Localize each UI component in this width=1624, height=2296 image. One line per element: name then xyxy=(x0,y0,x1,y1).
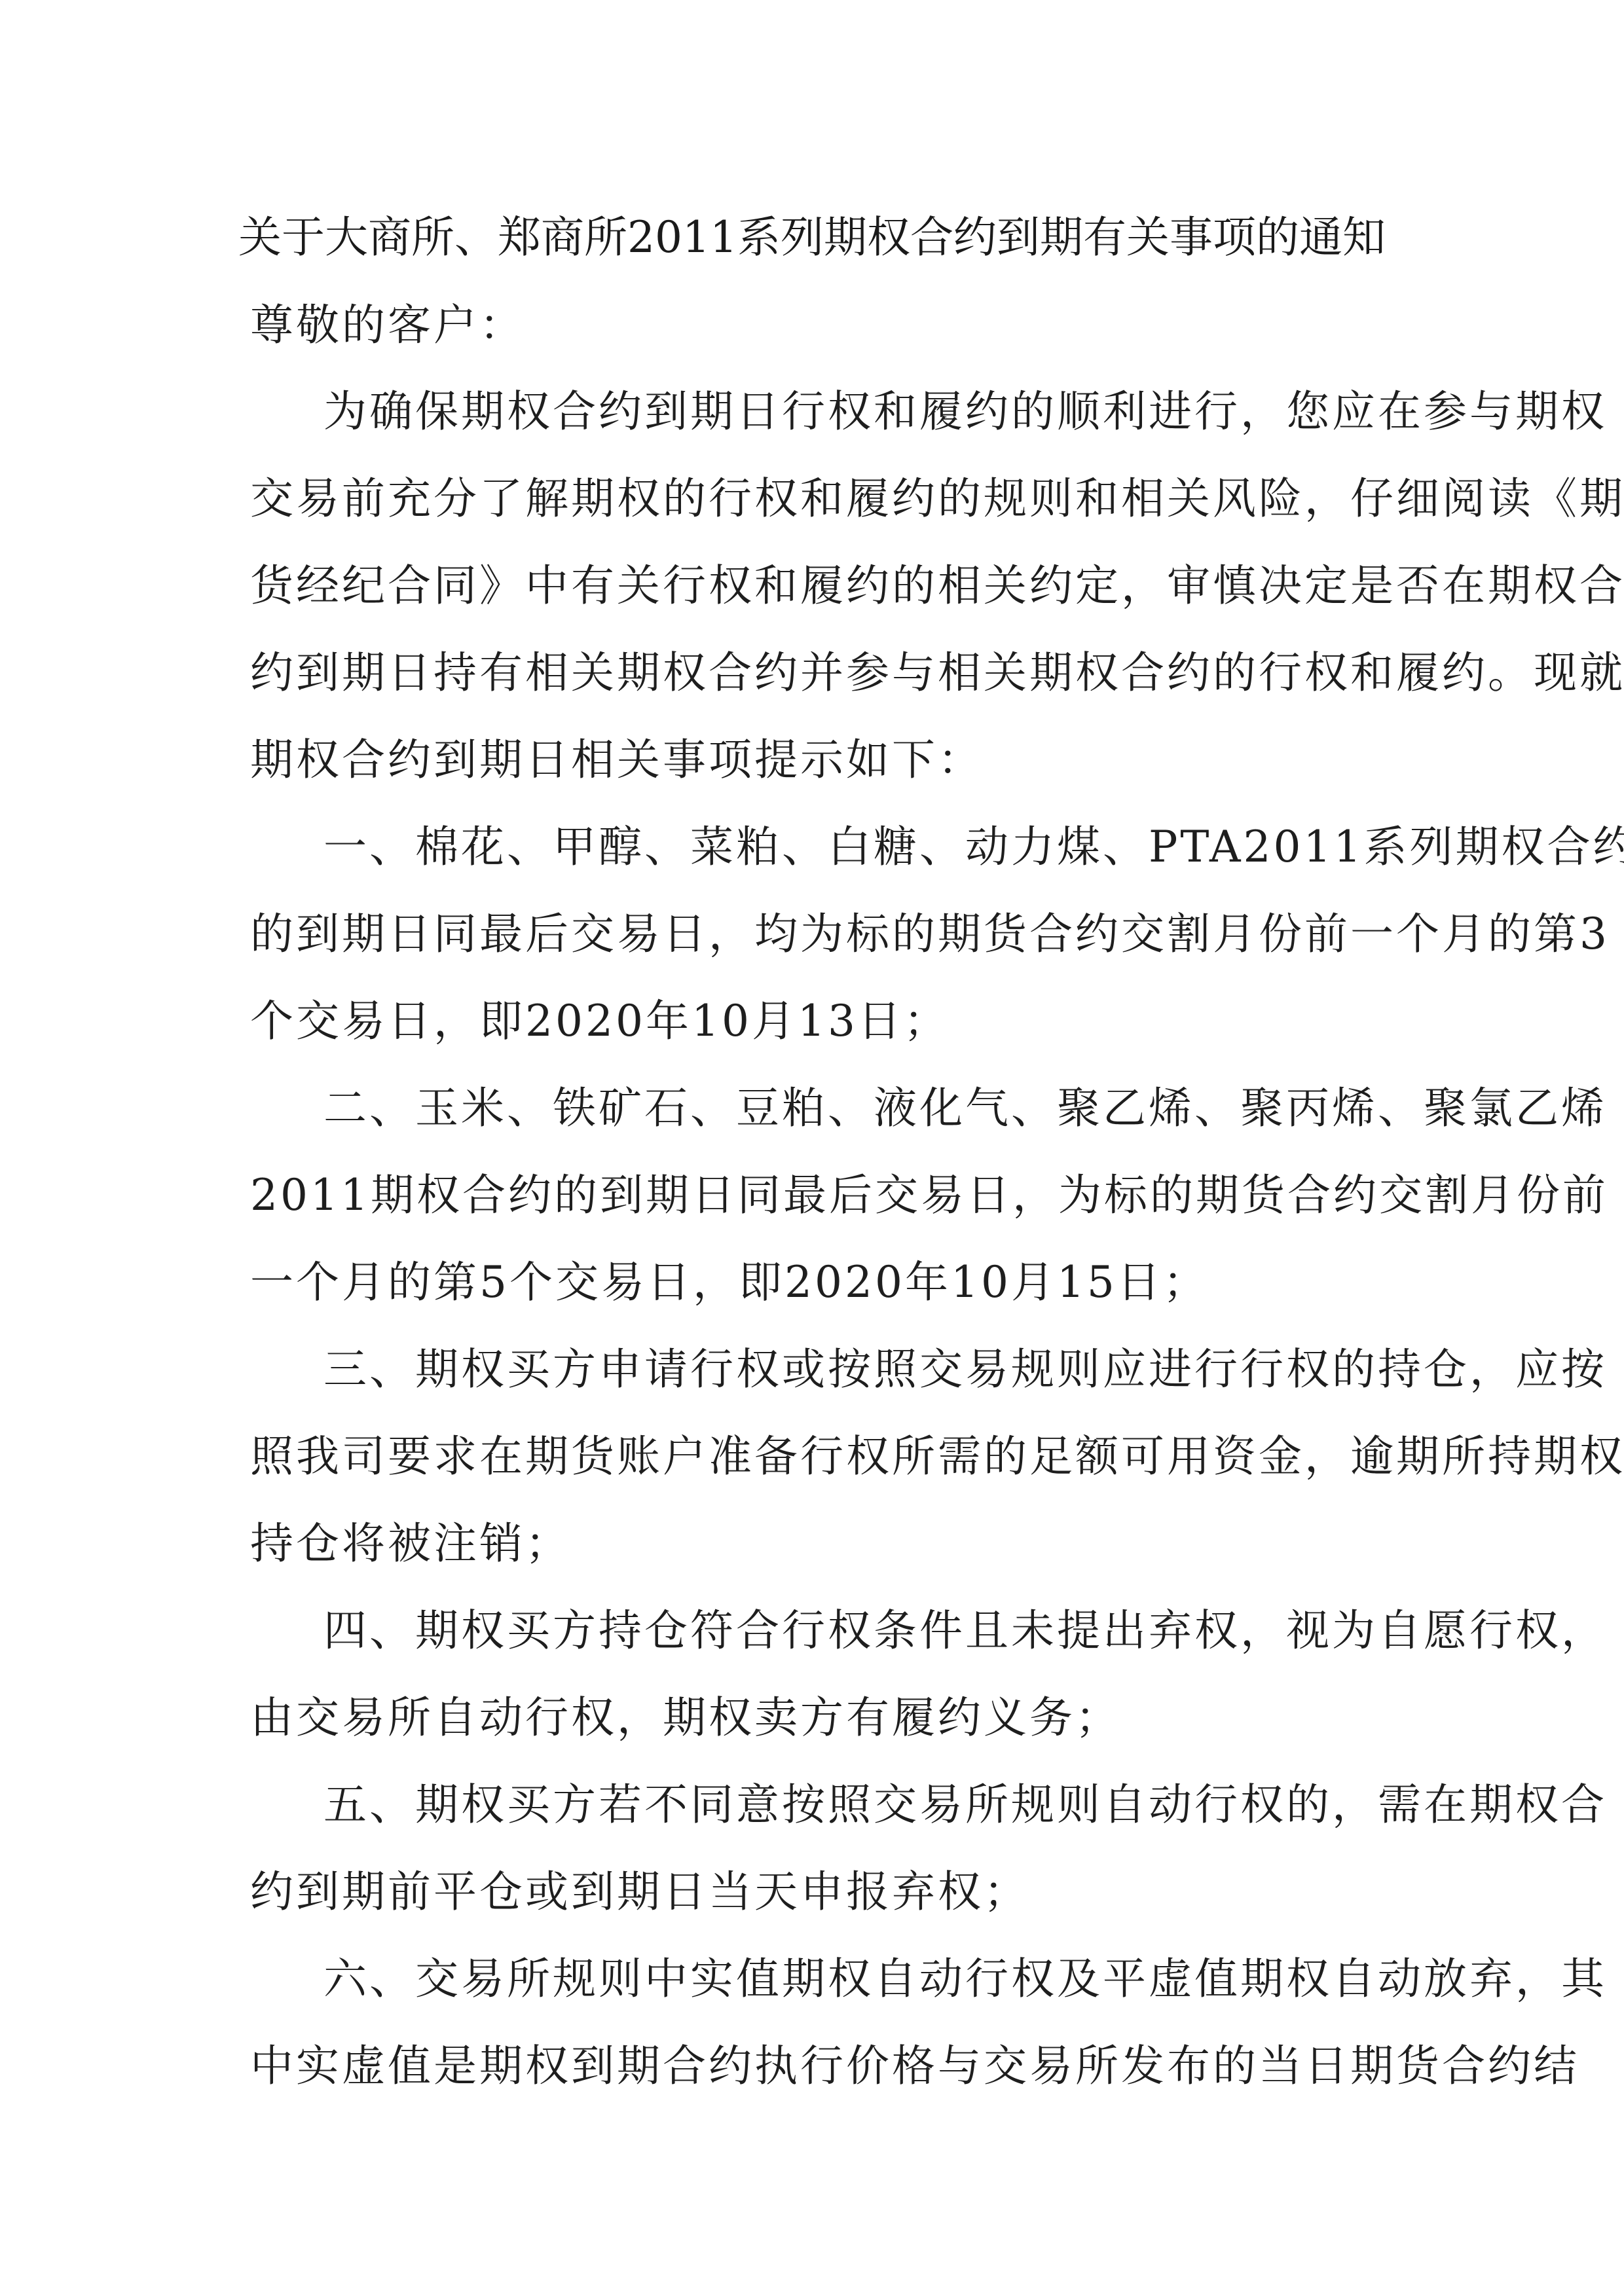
paragraph-line: 五、期权买方若不同意按照交易所规则自动行权的，需在期权合 xyxy=(323,1776,1390,1834)
paragraph-line: 一、棉花、甲醇、菜粕、白糖、动力煤、PTA2011系列期权合约 xyxy=(323,818,1390,877)
paragraph-line: 交易前充分了解期权的行权和履约的规则和相关风险，仔细阅读《期 xyxy=(250,469,1390,528)
paragraph-line: 中实虚值是期权到期合约执行价格与交易所发布的当日期货合约结 xyxy=(250,2037,1390,2096)
paragraph-line: 二、玉米、铁矿石、豆粕、液化气、聚乙烯、聚丙烯、聚氯乙烯 xyxy=(323,1079,1390,1138)
paragraph-line: 约到期日持有相关期权合约并参与相关期权合约的行权和履约。现就 xyxy=(250,644,1390,702)
paragraph-line: 一个月的第5个交易日，即2020年10月15日； xyxy=(250,1253,1390,1312)
paragraph-line: 期权合约到期日相关事项提示如下： xyxy=(250,731,1390,790)
paragraph-line: 约到期前平仓或到期日当天申报弃权； xyxy=(250,1863,1390,1922)
paragraph-line: 四、期权买方持仓符合行权条件且未提出弃权，视为自愿行权， xyxy=(323,1601,1390,1660)
document-page: 关于大商所、郑商所2011系列期权合约到期有关事项的通知 尊敬的客户： 为确保期… xyxy=(0,0,1624,2296)
paragraph-line: 货经纪合同》中有关行权和履约的相关约定，审慎决定是否在期权合 xyxy=(250,556,1390,615)
paragraph-line: 的到期日同最后交易日，均为标的期货合约交割月份前一个月的第3 xyxy=(250,905,1390,964)
document-title: 关于大商所、郑商所2011系列期权合约到期有关事项的通知 xyxy=(0,208,1624,267)
paragraph-line: 六、交易所规则中实值期权自动行权及平虚值期权自动放弃，其 xyxy=(323,1950,1390,2009)
paragraph-line: 为确保期权合约到期日行权和履约的顺利进行，您应在参与期权 xyxy=(323,382,1390,441)
paragraph-line: 照我司要求在期货账户准备行权所需的足额可用资金，逾期所持期权 xyxy=(250,1427,1390,1486)
paragraph-line: 持仓将被注销； xyxy=(250,1514,1390,1573)
paragraph-line: 由交易所自动行权，期权卖方有履约义务； xyxy=(250,1688,1390,1747)
paragraph-line: 个交易日，即2020年10月13日； xyxy=(250,992,1390,1051)
paragraph-line: 三、期权买方申请行权或按照交易规则应进行行权的持仓，应按 xyxy=(323,1340,1390,1399)
paragraph-line: 2011期权合约的到期日同最后交易日，为标的期货合约交割月份前 xyxy=(250,1166,1390,1225)
salutation: 尊敬的客户： xyxy=(250,296,1390,355)
